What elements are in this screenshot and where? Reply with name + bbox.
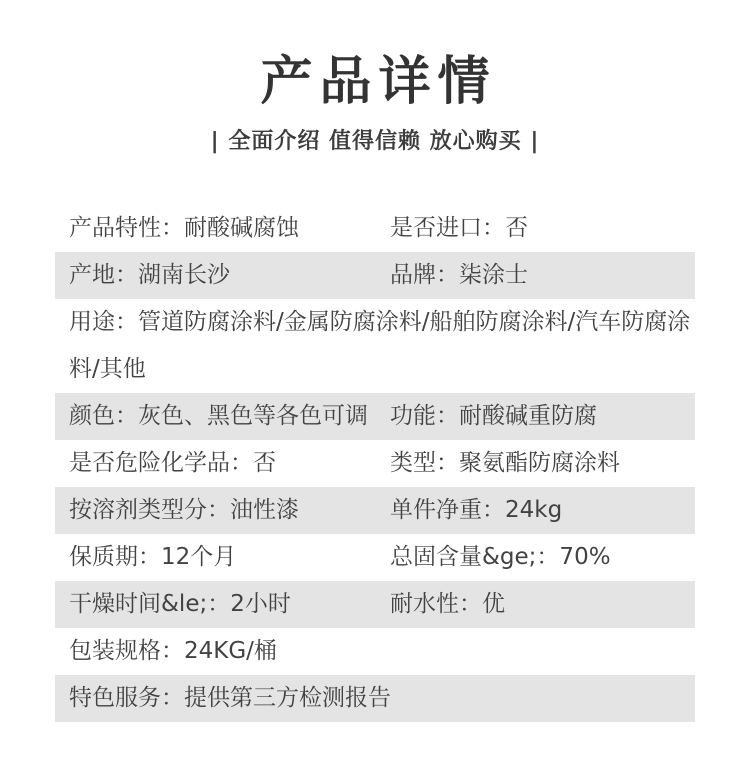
spec-cell-function: 功能：耐酸碱重防腐	[390, 393, 695, 440]
spec-cell-product-feature: 产品特性：耐酸碱腐蚀	[55, 205, 390, 252]
spec-row-packaging: 包装规格：24KG/桶	[55, 628, 695, 675]
spec-table: 产品特性：耐酸碱腐蚀 是否进口：否 产地：湖南长沙 品牌：柒涂士 用途：管道防腐…	[55, 205, 695, 722]
spec-cell-unit-weight: 单件净重：24kg	[390, 487, 695, 534]
spec-row-special-service: 特色服务：提供第三方检测报告	[55, 675, 695, 722]
product-detail-page: 产品详情 | 全面介绍 值得信赖 放心购买 | 产品特性：耐酸碱腐蚀 是否进口：…	[0, 0, 750, 773]
spec-cell-imported: 是否进口：否	[390, 205, 695, 252]
spec-cell-origin: 产地：湖南长沙	[55, 252, 390, 299]
page-title: 产品详情	[0, 54, 750, 110]
spec-cell-solvent-type: 按溶剂类型分：油性漆	[55, 487, 390, 534]
spec-cell-color: 颜色：灰色、黑色等各色可调	[55, 393, 390, 440]
spec-cell-type: 类型：聚氨酯防腐涂料	[390, 440, 695, 487]
page-subtitle: | 全面介绍 值得信赖 放心购买 |	[0, 127, 750, 158]
spec-row-drying-time: 干燥时间&le;：2小时 耐水性：优	[55, 581, 695, 628]
spec-cell-special-service: 特色服务：提供第三方检测报告	[55, 675, 695, 722]
spec-cell-packaging: 包装规格：24KG/桶	[55, 628, 695, 675]
spec-row-usage: 用途：管道防腐涂料/金属防腐涂料/船舶防腐涂料/汽车防腐涂料/其他	[55, 299, 695, 393]
spec-cell-shelf-life: 保质期：12个月	[55, 534, 390, 581]
spec-row-origin: 产地：湖南长沙 品牌：柒涂士	[55, 252, 695, 299]
spec-row-color: 颜色：灰色、黑色等各色可调 功能：耐酸碱重防腐	[55, 393, 695, 440]
spec-cell-drying-time: 干燥时间&le;：2小时	[55, 581, 390, 628]
spec-row-shelf-life: 保质期：12个月 总固含量&ge;：70%	[55, 534, 695, 581]
spec-cell-brand: 品牌：柒涂士	[390, 252, 695, 299]
spec-cell-usage: 用途：管道防腐涂料/金属防腐涂料/船舶防腐涂料/汽车防腐涂料/其他	[55, 299, 695, 393]
spec-row-product-feature: 产品特性：耐酸碱腐蚀 是否进口：否	[55, 205, 695, 252]
spec-cell-water-resistance: 耐水性：优	[390, 581, 695, 628]
spec-row-hazardous: 是否危险化学品：否 类型：聚氨酯防腐涂料	[55, 440, 695, 487]
spec-row-solvent-type: 按溶剂类型分：油性漆 单件净重：24kg	[55, 487, 695, 534]
spec-cell-solids-content: 总固含量&ge;：70%	[390, 534, 695, 581]
page-header: 产品详情 | 全面介绍 值得信赖 放心购买 |	[0, 0, 750, 158]
spec-cell-hazardous: 是否危险化学品：否	[55, 440, 390, 487]
